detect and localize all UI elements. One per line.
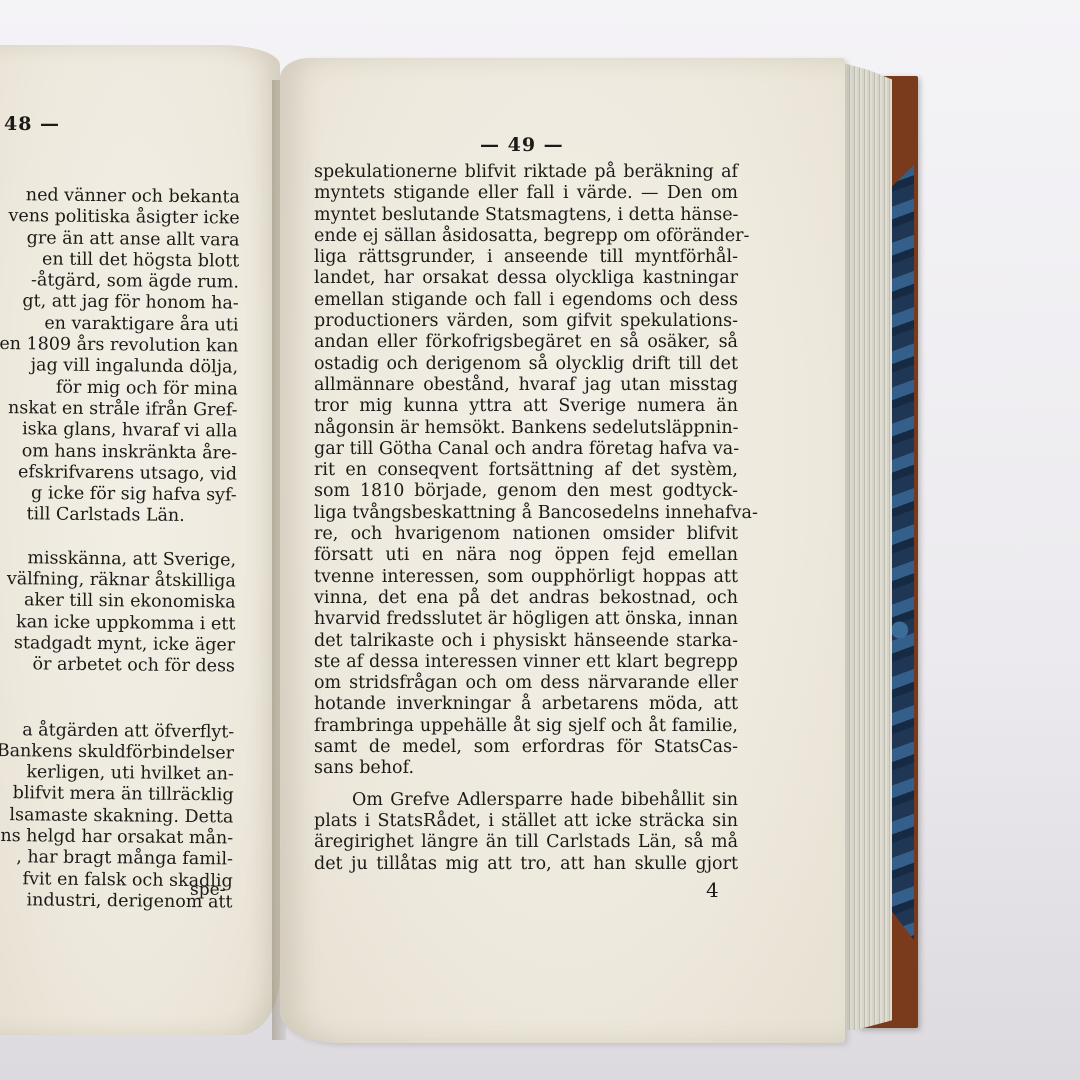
right-paragraph-1: spekulationerne blifvit riktade på beräk… — [314, 162, 738, 780]
text-line: liga rättsgrunder, i anseende till myntf… — [314, 247, 738, 268]
text-line: myntet beslutande Statsmagtens, i detta … — [314, 205, 738, 226]
paragraph-gap — [0, 526, 236, 551]
text-line: -åtgärd, som ägde rum. — [0, 270, 239, 294]
paragraph-gap — [0, 676, 235, 723]
text-line: om hans inskränkta åre- — [0, 441, 237, 465]
text-line: vinna, det ena på det andras bekostnad, … — [314, 588, 738, 609]
text-line: hvarvid fredsslutet är högligen att önsk… — [314, 609, 738, 630]
text-line: det talrikaste och i physiskt hänseende … — [314, 631, 738, 652]
text-line: efskrifvarens utsago, vid — [0, 462, 237, 486]
text-line: ned vänner och bekanta — [0, 185, 240, 209]
text-line: a åtgärden att öfverflyt- — [0, 720, 234, 744]
text-line: , har bragt många famil- — [0, 847, 233, 871]
text-line: vens politiska åsigter icke — [0, 206, 240, 230]
right-page-text: spekulationerne blifvit riktade på beräk… — [314, 162, 738, 875]
text-line: allmännare obestånd, hvaraf jag utan mis… — [314, 375, 738, 396]
text-line: Bankens skuldförbindelser — [0, 741, 234, 765]
text-line: kerligen, uti hvilket an- — [0, 762, 234, 786]
text-line: gar till Götha Canal och andra företag h… — [314, 439, 738, 460]
left-paragraph-1: ned vänner och bekanta vens politiska ås… — [0, 185, 240, 528]
text-line: gt, att jag för honom ha- — [0, 291, 239, 315]
text-line: frambringa uppehälle åt sig sjelf och åt… — [314, 716, 738, 737]
catchword: spe- — [190, 880, 225, 900]
text-line: rit en conseqvent fortsättning af det sy… — [314, 460, 738, 481]
text-line: en 1809 års revolution kan — [0, 334, 238, 358]
text-line: blifvit mera än tillräcklig — [0, 783, 234, 807]
left-page: 48 — ned vänner och bekanta vens politis… — [0, 45, 280, 1035]
text-line: misskänna, att Sverige, — [0, 548, 236, 572]
text-line: om stridsfrågan och om dess närvarande e… — [314, 673, 738, 694]
text-line: liga tvångsbeskattning å Bancosedelns in… — [314, 503, 738, 524]
text-line: som 1810 började, genom den mest godtyck… — [314, 481, 738, 502]
text-line: lsamaste skakning. Detta — [0, 805, 233, 829]
left-paragraph-2: misskänna, att Sverige, välfning, räknar… — [0, 548, 236, 678]
paragraph-gap — [314, 780, 738, 790]
text-line: en till det högsta blott — [0, 249, 239, 273]
text-line: försatt uti en nära nog öppen fejd emell… — [314, 545, 738, 566]
text-line: till Carlstads Län. — [0, 504, 237, 528]
left-page-text: ned vänner och bekanta vens politiska ås… — [0, 185, 240, 914]
text-line: sans behof. — [314, 758, 738, 779]
text-line: tvenne interessen, som oupphörligt hoppa… — [314, 567, 738, 588]
text-line: välfning, räknar åtskilliga — [0, 569, 236, 593]
text-line: aker till sin ekonomiska — [0, 590, 236, 614]
text-line: plats i StatsRådet, i stället att icke s… — [314, 811, 738, 832]
text-line: spekulationerne blifvit riktade på beräk… — [314, 162, 738, 183]
text-line: hotande inverkningar å arbetarens möda, … — [314, 694, 738, 715]
text-line: någonsin är hemsökt. Bankens sedelutsläp… — [314, 418, 738, 439]
signature-mark: 4 — [706, 878, 719, 902]
text-line: Om Grefve Adlersparre hade bibehållit si… — [314, 790, 738, 811]
text-line: landet, har orsakat dessa olyckliga kast… — [314, 268, 738, 289]
text-line: jag vill ingalunda dölja, — [0, 355, 238, 379]
book-photo: 48 — ned vänner och bekanta vens politis… — [0, 0, 1080, 1080]
text-line: re, och hvarigenom nationen omsider blif… — [314, 524, 738, 545]
page-number-right: — 49 — — [480, 134, 564, 156]
text-line: för mig och för mina — [0, 377, 238, 401]
text-line: myntets stigande eller fall i värde. — D… — [314, 183, 738, 204]
text-line: en varaktigare åra uti — [0, 313, 239, 337]
text-line: emellan stigande och fall i egendoms och… — [314, 290, 738, 311]
text-line: kan icke uppkomma i ett — [0, 612, 236, 636]
page-number-left: 48 — — [4, 113, 60, 135]
text-line: andan eller förkofrigsbegäret en så osäk… — [314, 332, 738, 353]
text-line: ns helgd har orsakat mån- — [0, 826, 233, 850]
text-line: ostadig och derigenom så olycklig drift … — [314, 354, 738, 375]
text-line: ende ej sällan åsidosatta, begrepp om of… — [314, 226, 738, 247]
right-paragraph-2: Om Grefve Adlersparre hade bibehållit si… — [314, 790, 738, 875]
text-line: nskat en stråle ifrån Gref- — [0, 398, 238, 422]
text-line: iska glans, hvaraf vi alla — [0, 419, 238, 443]
text-line: det ju tillåtas mig att tro, att han sku… — [314, 854, 738, 875]
text-line: ste af dessa interessen vinner ett klart… — [314, 652, 738, 673]
right-page: — 49 — spekulationerne blifvit riktade p… — [280, 58, 845, 1043]
text-line: äregirighet längre än till Carlstads Län… — [314, 832, 738, 853]
text-line: gre än att anse allt vara — [0, 228, 240, 252]
text-line: stadgadt mynt, icke äger — [0, 633, 235, 657]
text-line: g icke för sig hafva syf- — [0, 483, 237, 507]
text-line: samt de medel, som erfordras för StatsCa… — [314, 737, 738, 758]
text-line: productioners värden, som gifvit spekula… — [314, 311, 738, 332]
text-line: tror mig kunna yttra att Sverige numera … — [314, 396, 738, 417]
text-line: ör arbetet och för dess — [0, 654, 235, 678]
